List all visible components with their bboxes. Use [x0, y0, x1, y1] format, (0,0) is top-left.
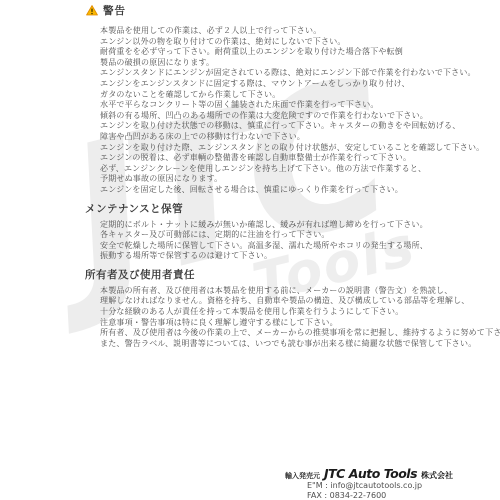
owner-section-body: 本製品の所有者、及び使用者は本製品を使用する前に、メーカーの説明書（警告文）を熟… — [0, 286, 500, 350]
page-content: 警告 本製品を使用しての作業は、必ず２人以上で行って下さい。 エンジン以外の物を… — [0, 0, 500, 349]
warning-line: エンジンをエンジンスタンドに固定する際は、マウントアームをしっかり取り付け、 — [100, 79, 500, 90]
owner-line: 所有者、及び使用者は今後の作業の上で、メーカーからの推奨事項を常に把握し、維持す… — [100, 328, 500, 339]
owner-responsibility-section: 所有者及び使用者責任 本製品の所有者、及び使用者は本製品を使用する前に、メーカー… — [0, 267, 500, 350]
warning-line: 予期せぬ事故の原因になります。 — [100, 174, 500, 185]
distributor-footer: 輸入発売元 JTC Auto Tools 株式会社 E"M : info@jtc… — [285, 466, 453, 500]
warning-section-header: 警告 — [86, 3, 500, 18]
distributor-line: 輸入発売元 JTC Auto Tools 株式会社 — [285, 466, 453, 481]
maintenance-section-body: 定期的にボルト・ナットに緩みが無いか確認し、緩みが有れば増し締めを行って下さい。… — [0, 220, 500, 262]
owner-line: また、警告ラベル、説明書等については、いつでも読む事が出来る様に綺麗な状態で保管… — [100, 339, 500, 350]
warning-line: エンジンの脱着は、必ず車輌の整備書を確認し自動車整備士が作業を行って下さい。 — [100, 153, 500, 164]
warning-line: 製品の破損の原因になります。 — [100, 58, 500, 69]
maintenance-line: 安全で乾燥した場所に保管して下さい。高温多湿、濡れた場所やホコリの発生する場所、 — [100, 241, 500, 252]
warning-line: 障害や凸凹がある床の上での移動は行わないで下さい。 — [100, 132, 500, 143]
warning-line: 耐荷重をを必ず守って下さい。耐荷重以上のエンジンを取り付けた場合落下や転倒 — [100, 47, 500, 58]
warning-line: ガタのないことを確認してから作業して下さい。 — [100, 90, 500, 101]
warning-section-body: 本製品を使用しての作業は、必ず２人以上で行って下さい。 エンジン以外の物を取り付… — [0, 26, 500, 196]
manual-page: JTC Tools 警告 本製品を使用しての作業は、必ず２人以上で行って下さい。… — [0, 0, 500, 500]
jtc-auto-tools-logo: JTC Auto Tools — [324, 466, 417, 481]
distributor-label: 輸入発売元 — [285, 471, 320, 481]
maintenance-line: 振動する場所等で保管するのは避けて下さい。 — [100, 251, 500, 262]
owner-line: 注意事項・警告事項は特に良く理解し遵守する様にして下さい。 — [100, 318, 500, 329]
owner-line: 十分な経験のある人が責任を持って本製品を使用し作業を行うようにして下さい。 — [100, 307, 500, 318]
owner-section-title: 所有者及び使用者責任 — [85, 267, 500, 282]
warning-section: 警告 本製品を使用しての作業は、必ず２人以上で行って下さい。 エンジン以外の物を… — [0, 3, 500, 196]
warning-line: 本製品を使用しての作業は、必ず２人以上で行って下さい。 — [100, 26, 500, 37]
owner-line: 本製品の所有者、及び使用者は本製品を使用する前に、メーカーの説明書（警告文）を熟… — [100, 286, 500, 297]
maintenance-section-title: メンテナンスと保管 — [85, 201, 500, 216]
email-line: E"M : info@jtcautotools.co.jp — [307, 481, 453, 491]
owner-line: 理解しなければなりません。資格を持ち、自動車や製品の構造、及び構成している部品等… — [100, 296, 500, 307]
warning-line: エンジンを固定した後、回転させる場合は、慎重にゆっくり作業を行って下さい。 — [100, 185, 500, 196]
warning-line: エンジンを取り付けた状態での移動は、慎重に行って下さい。キャスターの動きをや回転… — [100, 121, 500, 132]
warning-line: エンジン以外の物を取り付けての作業は、絶対にしないで下さい。 — [100, 37, 500, 48]
warning-line: 傾斜の有る場所、凹凸のある場所での作業は大変危険ですので作業を行わないで下さい。 — [100, 111, 500, 122]
warning-line: 必ず、エンジンクレーンを使用しエンジンを持ち上げて下さい。他の方法で作業すると、 — [100, 164, 500, 175]
maintenance-section: メンテナンスと保管 定期的にボルト・ナットに緩みが無いか確認し、緩みが有れば増し… — [0, 201, 500, 262]
warning-line: エンジンスタンドにエンジンが固定されている際は、絶対にエンジン下部で作業を行わな… — [100, 68, 500, 79]
maintenance-line: 定期的にボルト・ナットに緩みが無いか確認し、緩みが有れば増し締めを行って下さい。 — [100, 220, 500, 231]
company-suffix: 株式会社 — [421, 470, 453, 481]
warning-triangle-icon — [86, 5, 98, 16]
fax-line: FAX : 0834-22-7600 — [307, 491, 453, 500]
maintenance-line: 各キャスター及び可動部には、定期的に注油を行って下さい。 — [100, 230, 500, 241]
warning-section-title: 警告 — [103, 3, 126, 18]
warning-line: 水平で平らなコンクリート等の固く舗装された床面で作業を行って下さい。 — [100, 100, 500, 111]
warning-line: エンジンを取り付けた際、エンジンスタンドとの取り付け状態が、安定していることを確… — [100, 143, 500, 154]
